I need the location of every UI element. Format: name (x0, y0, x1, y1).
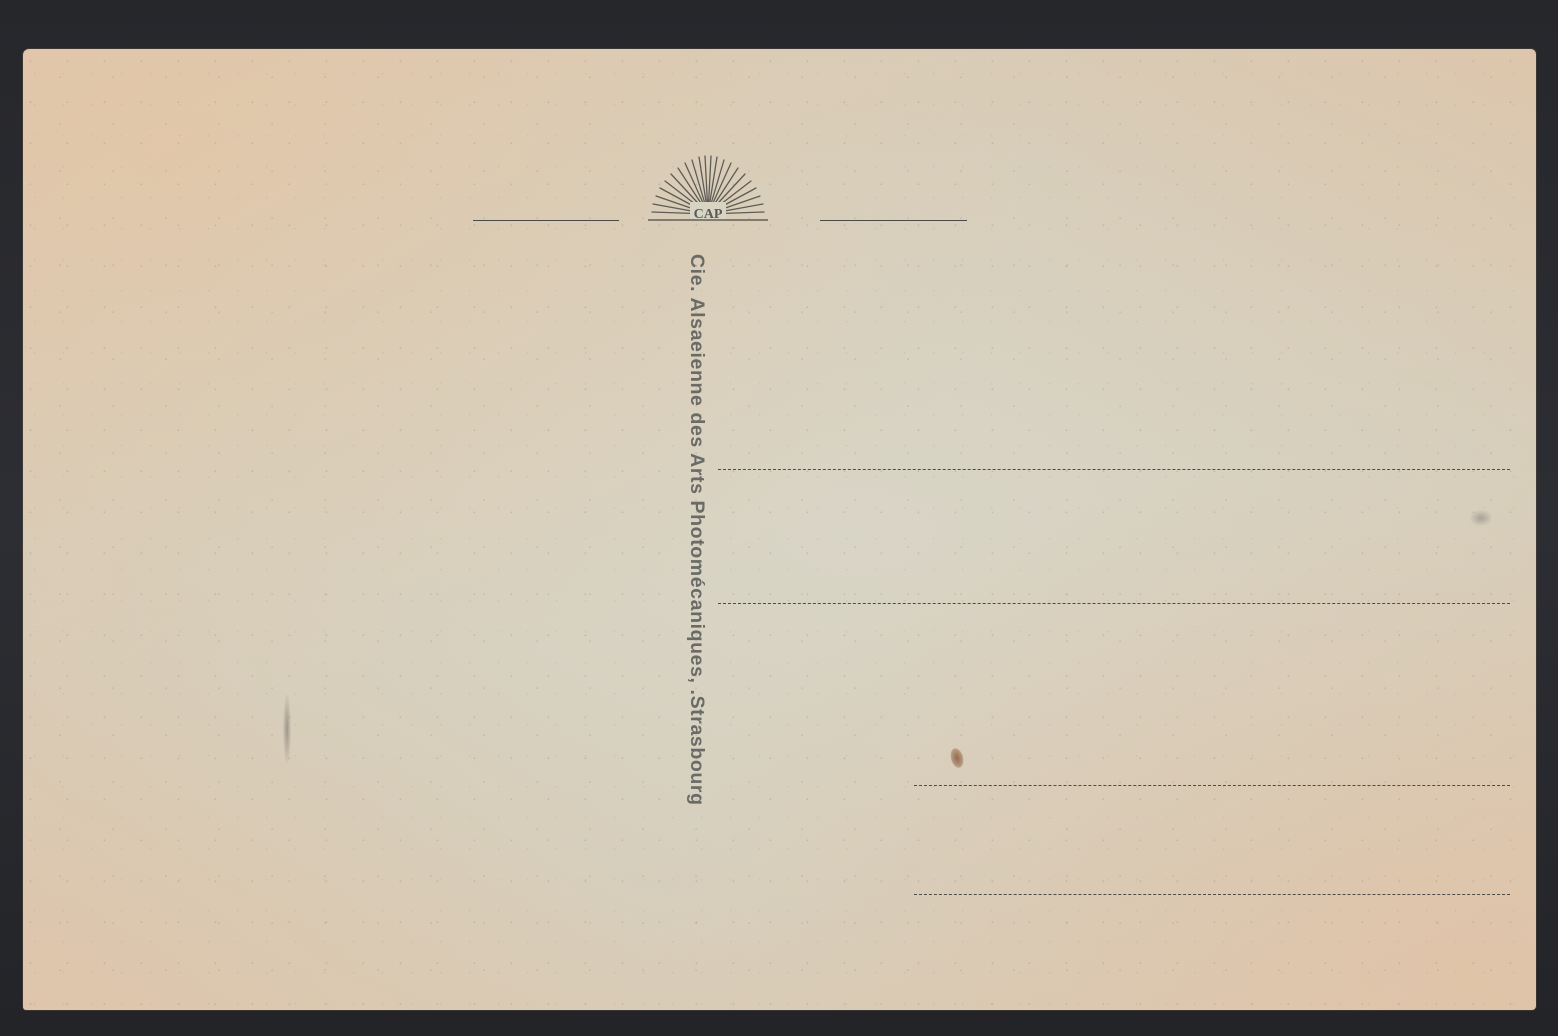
pencil-smudge (283, 694, 291, 764)
postcard-back: CAP Cie. Alsaeienne des Arts Photomécani… (23, 49, 1536, 1010)
address-line-4 (914, 894, 1510, 895)
header-rule-right (820, 220, 967, 221)
logo-monogram: CAP (694, 207, 723, 222)
address-line-3 (914, 785, 1510, 786)
header-rule-left (473, 220, 619, 221)
address-line-1 (718, 469, 1510, 470)
rising-sun-icon: CAP (648, 154, 768, 224)
address-line-2 (718, 603, 1510, 604)
paper-texture (23, 49, 1536, 1010)
grey-smudge (1470, 510, 1492, 526)
publisher-imprint: Cie. Alsaeienne des Arts Photomécaniques… (683, 254, 711, 954)
brown-stain (949, 747, 966, 769)
